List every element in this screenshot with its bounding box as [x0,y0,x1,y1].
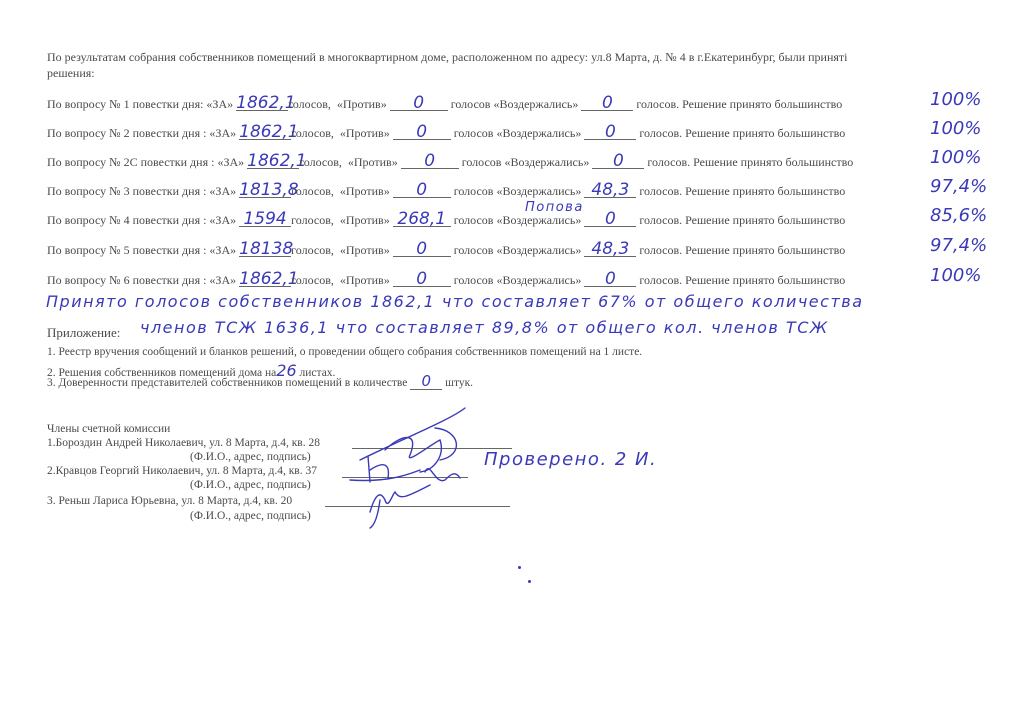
vote-percent: 100% [930,89,981,110]
vote-percent: 85,6% [930,205,987,226]
vote-question: По вопросу № 2 повестки дня : «ЗА» [47,126,236,140]
vote-for-field: 1862,1 [247,155,299,169]
vote-for-field: 1862,1 [239,273,291,287]
vote-abstain-field: 0 [584,273,636,287]
vote-row: По вопросу № 2С повестки дня : «ЗА» 1862… [47,155,853,170]
vote-row: По вопросу № 2 повестки дня : «ЗА» 1862,… [47,126,845,141]
vote-abstain-field: 0 [584,213,636,227]
vote-extra-note: Попова [525,200,584,215]
vote-against-field: 0 [390,97,448,111]
vote-row: По вопросу № 6 повестки дня : «ЗА» 1862,… [47,273,845,288]
vote-row: По вопросу № 4 повестки дня : «ЗА» 1594г… [47,213,845,228]
attachment-item-1: 1. Реестр вручения сообщений и бланков р… [47,346,642,358]
vote-question: По вопросу № 3 повестки дня : «ЗА» [47,184,236,198]
commission-caption-2: (Ф.И.О., адрес, подпись) [190,479,311,491]
vote-for-field: 18138 [239,243,291,257]
vote-row: По вопросу № 5 повестки дня : «ЗА» 18138… [47,243,845,258]
ink-dot [528,580,531,583]
commission-caption-3: (Ф.И.О., адрес, подпись) [190,510,311,522]
vote-against-field: 0 [393,273,451,287]
handwritten-summary-line-1: Принято голосов собственников 1862,1 что… [46,292,864,311]
vote-for-field: 1862,1 [239,126,291,140]
intro-line-2: решения: [47,66,95,81]
commission-title: Члены счетной комиссии [47,423,170,435]
intro-line-1: По результатам собрания собственников по… [47,50,848,65]
vote-against-field: 0 [393,243,451,257]
vote-percent: 97,4% [930,176,987,197]
handwritten-summary-line-2: членов ТСЖ 1636,1 что составляет 89,8% о… [140,318,829,337]
vote-against-field: 0 [393,184,451,198]
vote-percent: 97,4% [930,235,987,256]
vote-abstain-field: 0 [581,97,633,111]
vote-question: По вопросу № 4 повестки дня : «ЗА» [47,213,236,227]
attachment-title: Приложение: [47,325,120,341]
verified-note: Проверено. 2 И. [484,449,657,470]
vote-for-field: 1862,1 [236,97,288,111]
vote-row: По вопросу № 1 повестки дня: «ЗА» 1862,1… [47,97,842,112]
vote-percent: 100% [930,265,981,286]
commission-member-2: 2.Кравцов Георгий Николаевич, ул. 8 Март… [47,465,317,477]
vote-question: По вопросу № 5 повестки дня : «ЗА» [47,243,236,257]
commission-caption-1: (Ф.И.О., адрес, подпись) [190,451,311,463]
vote-abstain-field: 0 [592,155,644,169]
vote-against-field: 0 [393,126,451,140]
commission-member-1: 1.Бороздин Андрей Николаевич, ул. 8 Март… [47,437,320,449]
vote-for-field: 1813,8 [239,184,291,198]
vote-against-field: 268,1 [393,213,451,227]
attachment-item-3: 3. Доверенности представителей собственн… [47,375,473,390]
vote-abstain-field: 48,3 [584,184,636,198]
vote-question: По вопросу № 6 повестки дня : «ЗА» [47,273,236,287]
vote-question: По вопросу № 2С повестки дня : «ЗА» [47,155,244,169]
vote-abstain-field: 48,3 [584,243,636,257]
proxies-count-field: 0 [410,375,442,390]
commission-member-3: 3. Реньш Лариса Юрьевна, ул. 8 Марта, д.… [47,495,292,507]
vote-against-field: 0 [401,155,459,169]
vote-abstain-field: 0 [584,126,636,140]
vote-row: По вопросу № 3 повестки дня : «ЗА» 1813,… [47,184,845,199]
ink-dot [518,566,521,569]
vote-question: По вопросу № 1 повестки дня: «ЗА» [47,97,233,111]
vote-percent: 100% [930,118,981,139]
vote-for-field: 1594 [239,213,291,227]
vote-percent: 100% [930,147,981,168]
